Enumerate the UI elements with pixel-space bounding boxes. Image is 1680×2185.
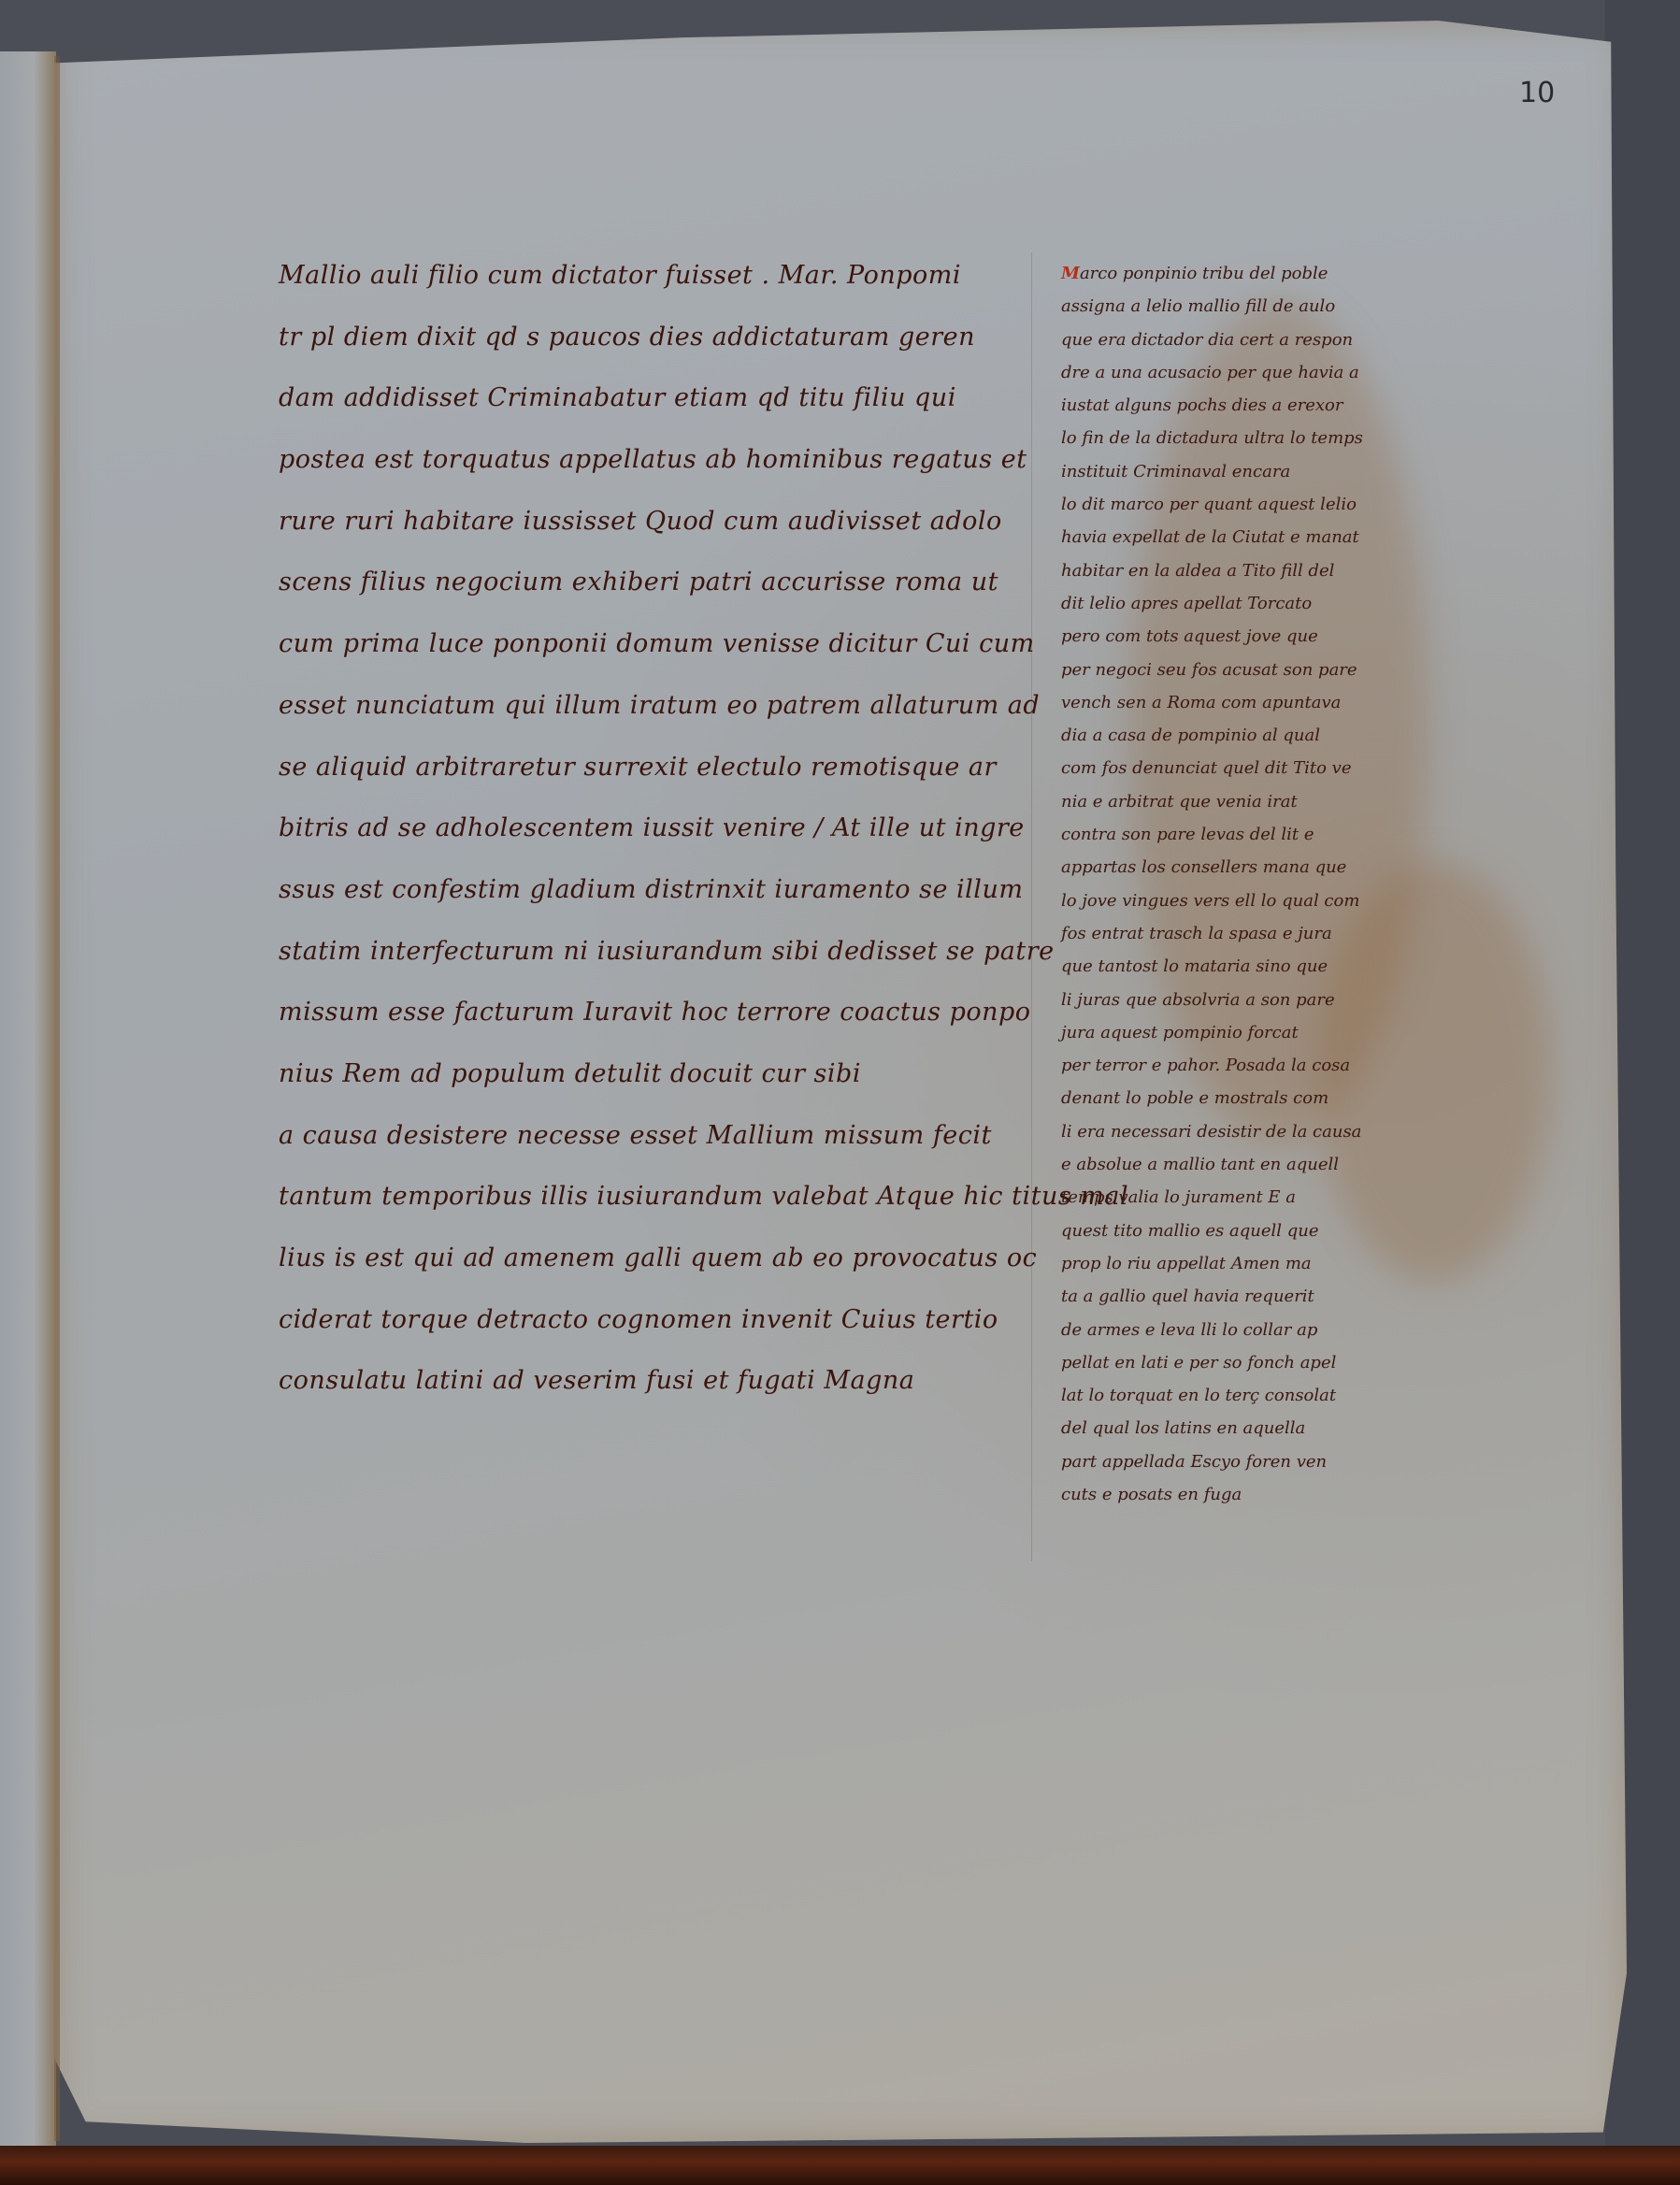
text-line: Mallio auli filio cum dictator fuisset .… bbox=[279, 260, 1045, 322]
page-gutter bbox=[54, 56, 60, 2141]
rubric-initial: M bbox=[1061, 264, 1080, 283]
gloss-line: ta a gallio quel havia requerit bbox=[1061, 1285, 1510, 1317]
gloss-line: part appellada Escyo foren ven bbox=[1061, 1450, 1510, 1483]
gloss-line: lo jove vingues vers ell lo qual com bbox=[1061, 889, 1510, 922]
text-line: a causa desistere necesse esset Mallium … bbox=[279, 1120, 1045, 1182]
gloss-line: habitar en la aldea a Tito fill del bbox=[1061, 559, 1510, 592]
gloss-line: nia e arbitrat que venia irat bbox=[1061, 790, 1510, 823]
text-line: lius is est qui ad amenem galli quem ab … bbox=[279, 1243, 1045, 1304]
text-line: cum prima luce ponponii domum venisse di… bbox=[279, 628, 1045, 690]
gloss-line: iustat alguns pochs dies a erexor bbox=[1061, 394, 1510, 426]
gloss-line: per negoci seu fos acusat son pare bbox=[1061, 658, 1510, 691]
gloss-line: denant lo poble e mostrals com bbox=[1061, 1086, 1510, 1119]
gloss-line: contra son pare levas del lit e bbox=[1061, 823, 1510, 855]
text-line: postea est torquatus appellatus ab homin… bbox=[279, 444, 1045, 506]
gloss-line: dit lelio apres apellat Torcato bbox=[1061, 592, 1510, 625]
gloss-line: lo fin de la dictadura ultra lo temps bbox=[1061, 426, 1510, 459]
text-line: dam addidisset Criminabatur etiam qd tit… bbox=[279, 382, 1045, 444]
gloss-line: Marco ponpinio tribu del poble bbox=[1061, 262, 1510, 295]
gloss-text-column: Marco ponpinio tribu del poble assigna a… bbox=[1061, 262, 1510, 1516]
gloss-line: havia expellat de la Ciutat e manat bbox=[1061, 525, 1510, 558]
gloss-line: fos entrat trasch la spasa e jura bbox=[1061, 922, 1510, 955]
gloss-line: li juras que absolvria a son pare bbox=[1061, 988, 1510, 1021]
text-line: missum esse facturum Iuravit hoc terrore… bbox=[279, 997, 1045, 1058]
main-text-column: Mallio auli filio cum dictator fuisset .… bbox=[279, 260, 1045, 1427]
gloss-line: de armes e leva lli lo collar ap bbox=[1061, 1318, 1510, 1351]
gloss-line: appartas los consellers mana que bbox=[1061, 855, 1510, 888]
facing-page-edge bbox=[0, 51, 56, 2146]
gloss-line: temps valia lo jurament E a bbox=[1061, 1186, 1510, 1218]
text-line: rure ruri habitare iussisset Quod cum au… bbox=[279, 506, 1045, 568]
gloss-line: instituit Criminaval encara bbox=[1061, 460, 1510, 493]
gloss-line-text: arco ponpinio tribu del poble bbox=[1080, 264, 1328, 283]
gloss-line: del qual los latins en aquella bbox=[1061, 1416, 1510, 1449]
gloss-line: que era dictador dia cert a respon bbox=[1061, 328, 1510, 361]
text-line: ciderat torque detracto cognomen invenit… bbox=[279, 1304, 1045, 1366]
text-line: scens filius negocium exhiberi patri acc… bbox=[279, 567, 1045, 628]
text-line: bitris ad se adholescentem iussit venire… bbox=[279, 812, 1045, 874]
text-line: esset nunciatum qui illum iratum eo patr… bbox=[279, 690, 1045, 752]
gloss-line: assigna a lelio mallio fill de aulo bbox=[1061, 295, 1510, 327]
gloss-line: vench sen a Roma com apuntava bbox=[1061, 691, 1510, 724]
gloss-line: com fos denunciat quel dit Tito ve bbox=[1061, 756, 1510, 789]
folio-number: 10 bbox=[1519, 77, 1555, 109]
text-line: ssus est confestim gladium distrinxit iu… bbox=[279, 874, 1045, 936]
gloss-line: pellat en lati e per so fonch apel bbox=[1061, 1351, 1510, 1384]
gloss-line: e absolue a mallio tant en aquell bbox=[1061, 1153, 1510, 1186]
gloss-line: dia a casa de pompinio al qual bbox=[1061, 724, 1510, 756]
text-line: tr pl diem dixit qd s paucos dies addict… bbox=[279, 322, 1045, 383]
gloss-line: prop lo riu appellat Amen ma bbox=[1061, 1252, 1510, 1285]
gloss-line: per terror e pahor. Posada la cosa bbox=[1061, 1054, 1510, 1086]
background-bottom bbox=[0, 2146, 1680, 2185]
gloss-line: li era necessari desistir de la causa bbox=[1061, 1120, 1510, 1153]
gloss-line: cuts e posats en fuga bbox=[1061, 1483, 1510, 1516]
gloss-line: lo dit marco per quant aquest lelio bbox=[1061, 493, 1510, 525]
gloss-line: quest tito mallio es aquell que bbox=[1061, 1219, 1510, 1252]
gloss-line: que tantost lo mataria sino que bbox=[1061, 955, 1510, 987]
text-line: se aliquid arbitraretur surrexit electul… bbox=[279, 752, 1045, 813]
gloss-line: lat lo torquat en lo terç consolat bbox=[1061, 1384, 1510, 1416]
text-line: statim interfecturum ni iusiurandum sibi… bbox=[279, 936, 1045, 998]
gloss-line: jura aquest pompinio forcat bbox=[1061, 1021, 1510, 1054]
gloss-line: pero com tots aquest jove que bbox=[1061, 625, 1510, 657]
text-line: tantum temporibus illis iusiurandum vale… bbox=[279, 1181, 1045, 1243]
gloss-line: dre a una acusacio per que havia a bbox=[1061, 361, 1510, 394]
text-line: consulatu latini ad veserim fusi et fuga… bbox=[279, 1365, 1045, 1427]
text-line: nius Rem ad populum detulit docuit cur s… bbox=[279, 1058, 1045, 1120]
